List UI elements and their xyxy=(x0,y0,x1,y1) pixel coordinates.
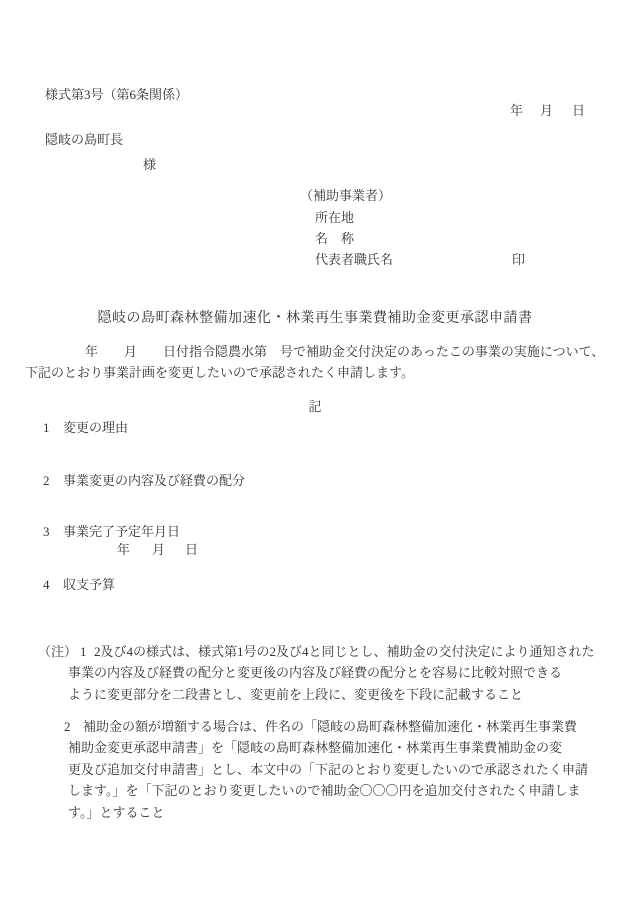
issue-date-line: 年 月 日 xyxy=(510,103,585,119)
note-2-line-1: 2 補助金の額が増額する場合は、件名の「隠岐の島町森林整備加速化・林業再生事業費 xyxy=(64,719,577,735)
note-2-text-line-2: 補助金変更承認申請書」を「隠岐の島町森林整備加速化・林業再生事業費補助金の変 xyxy=(68,740,562,756)
item-3-date-line: 年 月 日 xyxy=(117,542,198,558)
item-3-number: 3 xyxy=(43,524,63,540)
issue-date-year-label: 年 xyxy=(510,103,523,119)
applicant-heading: （補助事業者） xyxy=(300,188,391,204)
document-page: 様式第3号（第6条関係） 年 月 日 隠岐の島町長 様 （補助事業者） 所在地 … xyxy=(0,0,630,915)
note-2-number: 2 xyxy=(64,719,78,735)
item-2-number: 2 xyxy=(43,473,63,489)
item-3-date-year-label: 年 xyxy=(117,542,130,558)
record-marker: 記 xyxy=(0,399,630,415)
item-2-label: 事業変更の内容及び経費の配分 xyxy=(63,473,245,489)
note-2-text-line-3: 更及び追加交付申請書」とし、本文中の「下記のとおり変更したいので承認されたく申請 xyxy=(68,762,588,778)
note-2-text-line-5: す。」とすること xyxy=(68,805,164,821)
item-2: 2 事業変更の内容及び経費の配分 xyxy=(43,473,245,489)
issue-date-month-label: 月 xyxy=(540,103,553,119)
body-paragraph-line2: 下記のとおり事業計画を変更したいので承認されたく申請します。 xyxy=(25,365,414,381)
seal-mark: 印 xyxy=(512,252,525,268)
item-1-number: 1 xyxy=(43,420,63,436)
item-1: 1 変更の理由 xyxy=(43,420,128,436)
item-4-number: 4 xyxy=(43,577,63,593)
applicant-address-label: 所在地 xyxy=(315,210,354,226)
item-4: 4 収支予算 xyxy=(43,577,115,593)
item-3-date-day-label: 日 xyxy=(185,542,198,558)
issue-date-day-label: 日 xyxy=(572,103,585,119)
addressee-honorific: 様 xyxy=(143,157,156,173)
note-1-text-line-1: 2及び4の様式は、様式第1号の2及び4と同じとし、補助金の交付決定により通知され… xyxy=(94,644,595,660)
note-2-text-line-1: 補助金の額が増額する場合は、件名の「隠岐の島町森林整備加速化・林業再生事業費 xyxy=(83,719,577,735)
applicant-representative-label: 代表者職氏名 xyxy=(315,252,393,268)
item-1-label: 変更の理由 xyxy=(63,420,128,436)
document-title: 隠岐の島町森林整備加速化・林業再生事業費補助金変更承認申請書 xyxy=(0,311,630,327)
note-1-text-line-2: 事業の内容及び経費の配分と変更後の内容及び経費の配分とを容易に比較対照できる xyxy=(68,665,562,681)
item-3-date-month-label: 月 xyxy=(152,542,165,558)
note-1-line-1: （注） 1 2及び4の様式は、様式第1号の2及び4と同じとし、補助金の交付決定に… xyxy=(38,644,595,660)
note-1-text-line-3: ように変更部分を二段書とし、変更前を上段に、変更後を下段に記載すること xyxy=(68,687,523,703)
item-3-label: 事業完了予定年月日 xyxy=(63,524,180,540)
note-prefix: （注） xyxy=(38,644,77,660)
item-4-label: 収支予算 xyxy=(63,577,115,593)
addressee-name: 隠岐の島町長 xyxy=(45,132,123,148)
note-1-number: 1 xyxy=(80,644,94,660)
applicant-name-label: 名 称 xyxy=(315,231,354,247)
body-paragraph-line1: 年 月 日付指令隠農水第 号で補助金交付決定のあったこの事業の実施について、 xyxy=(85,344,604,360)
note-2-text-line-4: します。」を「下記のとおり変更したいので補助金〇〇〇円を追加交付されたく申請しま xyxy=(68,783,580,799)
form-number: 様式第3号（第6条関係） xyxy=(45,87,188,103)
item-3: 3 事業完了予定年月日 xyxy=(43,524,180,540)
